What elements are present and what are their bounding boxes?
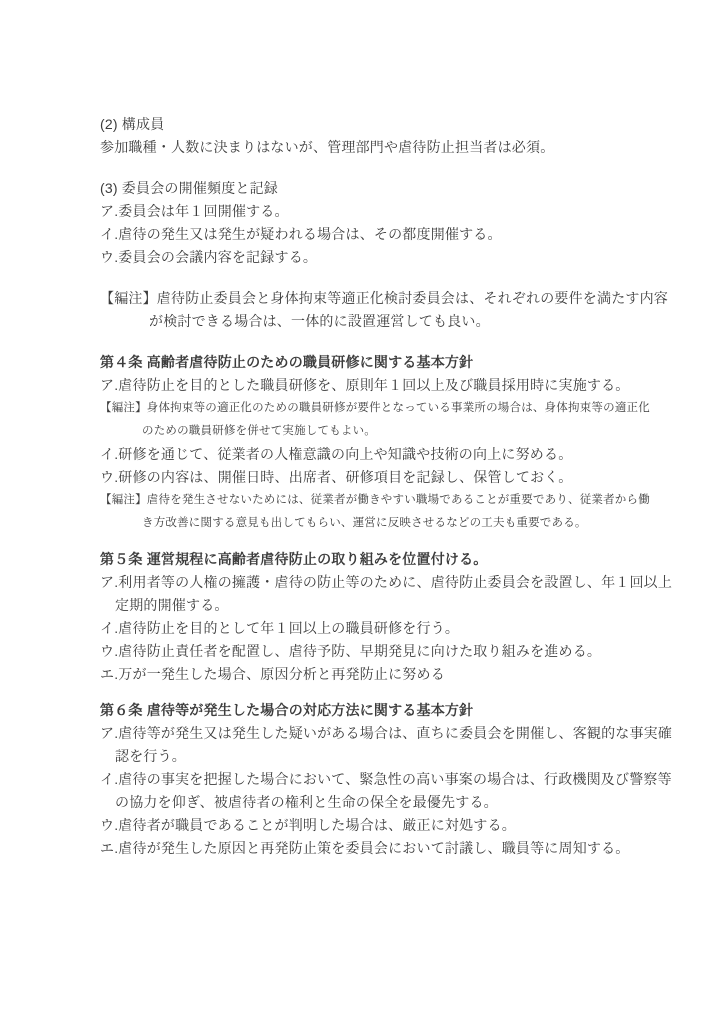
article-4-heading: 第４条 高齢者虐待防止のための職員研修に関する基本方針	[100, 351, 696, 374]
list-item-a-continuation: 認を行う。	[100, 745, 696, 768]
list-item-u: ウ.虐待者が職員であることが判明した場合は、厳正に対処する。	[100, 814, 696, 837]
list-item-u: ウ.虐待防止責任者を配置し、虐待予防、早期発見に向けた取り組みを進める。	[100, 640, 696, 663]
list-item-u: ウ.委員会の会議内容を記録する。	[100, 246, 696, 269]
list-item-a-continuation: 定期的開催する。	[100, 594, 696, 617]
editor-note-line: 【編注】虐待防止委員会と身体拘束等適正化検討委員会は、それぞれの要件を満たす内容	[100, 287, 696, 310]
list-item-e: エ.万が一発生した場合、原因分析と再発防止に努める	[100, 663, 696, 686]
editor-note-continuation: のための職員研修を併せて実施してもよい。	[100, 420, 696, 443]
list-item-a: ア.委員会は年１回開催する。	[100, 200, 696, 223]
subsection-3-heading: (3) 委員会の開催頻度と記録	[100, 177, 696, 200]
list-item-u: ウ.研修の内容は、開催日時、出席者、研修項目を記録し、保管しておく。	[100, 466, 696, 489]
editor-note-line: 【編注】虐待を発生させないためには、従業者が働きやすい職場であることが重要であり…	[100, 489, 696, 512]
editor-note-continuation: が検討できる場合は、一体的に設置運営しても良い。	[100, 310, 696, 333]
list-item-i: イ.虐待防止を目的として年１回以上の職員研修を行う。	[100, 617, 696, 640]
article-6-heading: 第６条 虐待等が発生した場合の対応方法に関する基本方針	[100, 699, 696, 722]
list-item-a: ア.利用者等の人権の擁護・虐待の防止等のために、虐待防止委員会を設置し、年１回以…	[100, 571, 696, 594]
list-item-a: ア.虐待防止を目的とした職員研修を、原則年１回以上及び職員採用時に実施する。	[100, 374, 696, 397]
editor-note-line: 【編注】身体拘束等の適正化のための職員研修が要件となっている事業所の場合は、身体…	[100, 397, 696, 420]
article-5-heading: 第５条 運営規程に高齢者虐待防止の取り組みを位置付ける。	[100, 548, 696, 571]
subsection-2-body: 参加職種・人数に決まりはないが、管理部門や虐待防止担当者は必須。	[100, 136, 696, 159]
list-item-e: エ.虐待が発生した原因と再発防止策を委員会において討議し、職員等に周知する。	[100, 837, 696, 860]
document-page: (2) 構成員 参加職種・人数に決まりはないが、管理部門や虐待防止担当者は必須。…	[0, 0, 724, 1024]
subsection-2-heading: (2) 構成員	[100, 113, 696, 136]
list-item-i: イ.研修を通じて、従業者の人権意識の向上や知識や技術の向上に努める。	[100, 443, 696, 466]
list-item-a: ア.虐待等が発生又は発生した疑いがある場合は、直ちに委員会を開催し、客観的な事実…	[100, 722, 696, 745]
list-item-i: イ.虐待の発生又は発生が疑われる場合は、その都度開催する。	[100, 223, 696, 246]
list-item-i: イ.虐待の事実を把握した場合において、緊急性の高い事案の場合は、行政機関及び警察…	[100, 768, 696, 791]
editor-note-continuation: き方改善に関する意見も出してもらい、運営に反映させるなどの工夫も重要である。	[100, 512, 696, 535]
list-item-i-continuation: の協力を仰ぎ、被虐待者の権利と生命の保全を最優先する。	[100, 791, 696, 814]
